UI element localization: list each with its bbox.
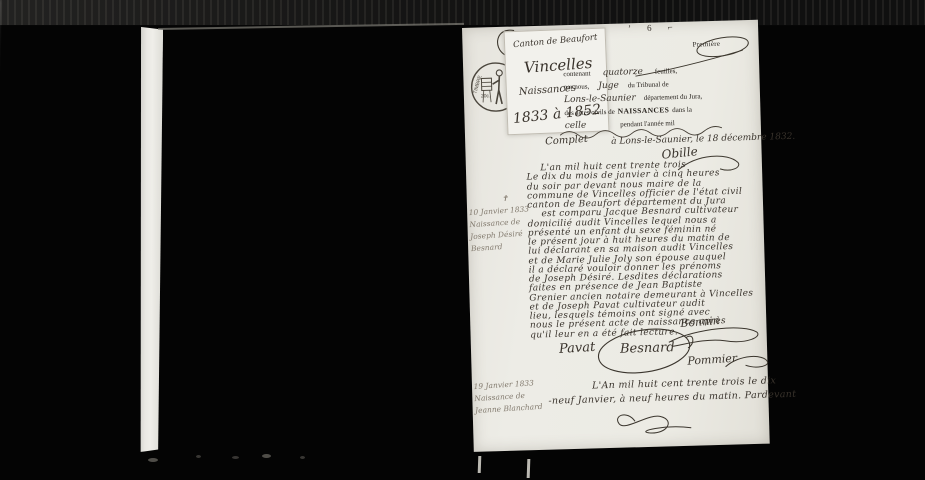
- stamp-value: 20c.: [481, 93, 491, 99]
- film-speck: [262, 454, 271, 458]
- film-speck: [148, 458, 158, 462]
- microfilm-scan: ʼ 6 ⌐ Première 20c. TIMBRE Canton de Bea…: [0, 0, 925, 480]
- header-2c: du Tribunal de: [628, 80, 669, 89]
- header-3a: Lons-le-Saunier: [564, 93, 636, 105]
- label-canton: Canton de Beaufort: [513, 33, 598, 51]
- margin-note-birth-2: 19 Janvier 1833 Naissance de Jeanne Blan…: [473, 376, 549, 417]
- bonnin-flourish: [666, 320, 763, 351]
- register-page: ʼ 6 ⌐ Première 20c. TIMBRE Canton de Bea…: [462, 20, 770, 452]
- header-1a: contenant: [563, 69, 590, 78]
- header-1c: feuilles,: [655, 67, 678, 76]
- header-4a: des actes civils de: [564, 108, 615, 117]
- header-4b-naissances: NAISSANCES: [618, 105, 670, 115]
- film-dash-mark: [478, 456, 482, 473]
- page-number: 6: [647, 23, 652, 33]
- pommier-flourish: [723, 349, 772, 372]
- corner-mark-left: ʼ: [628, 23, 631, 33]
- signature-pavat: Pavat: [559, 340, 596, 357]
- act2-line-2: -neuf Janvier, à neuf heures du matin. P…: [548, 389, 796, 407]
- act2-paraph-flourish: [605, 406, 698, 447]
- header-4c: dans la: [672, 106, 692, 115]
- birth-act-text: L'an mil huit cent trente trois Le dix d…: [526, 159, 766, 340]
- header-2a: par nous,: [564, 82, 590, 91]
- film-speck: [196, 455, 201, 458]
- film-speck: [232, 456, 239, 459]
- film-speck: [300, 456, 305, 459]
- film-dash-mark: [527, 459, 531, 478]
- corner-mark-right: ⌐: [667, 22, 672, 32]
- page-edge-strip: [138, 27, 163, 452]
- header-3b: département du Jura,: [644, 92, 703, 102]
- header-1b: quatorze: [602, 67, 643, 78]
- header-2b: Juge: [598, 81, 619, 92]
